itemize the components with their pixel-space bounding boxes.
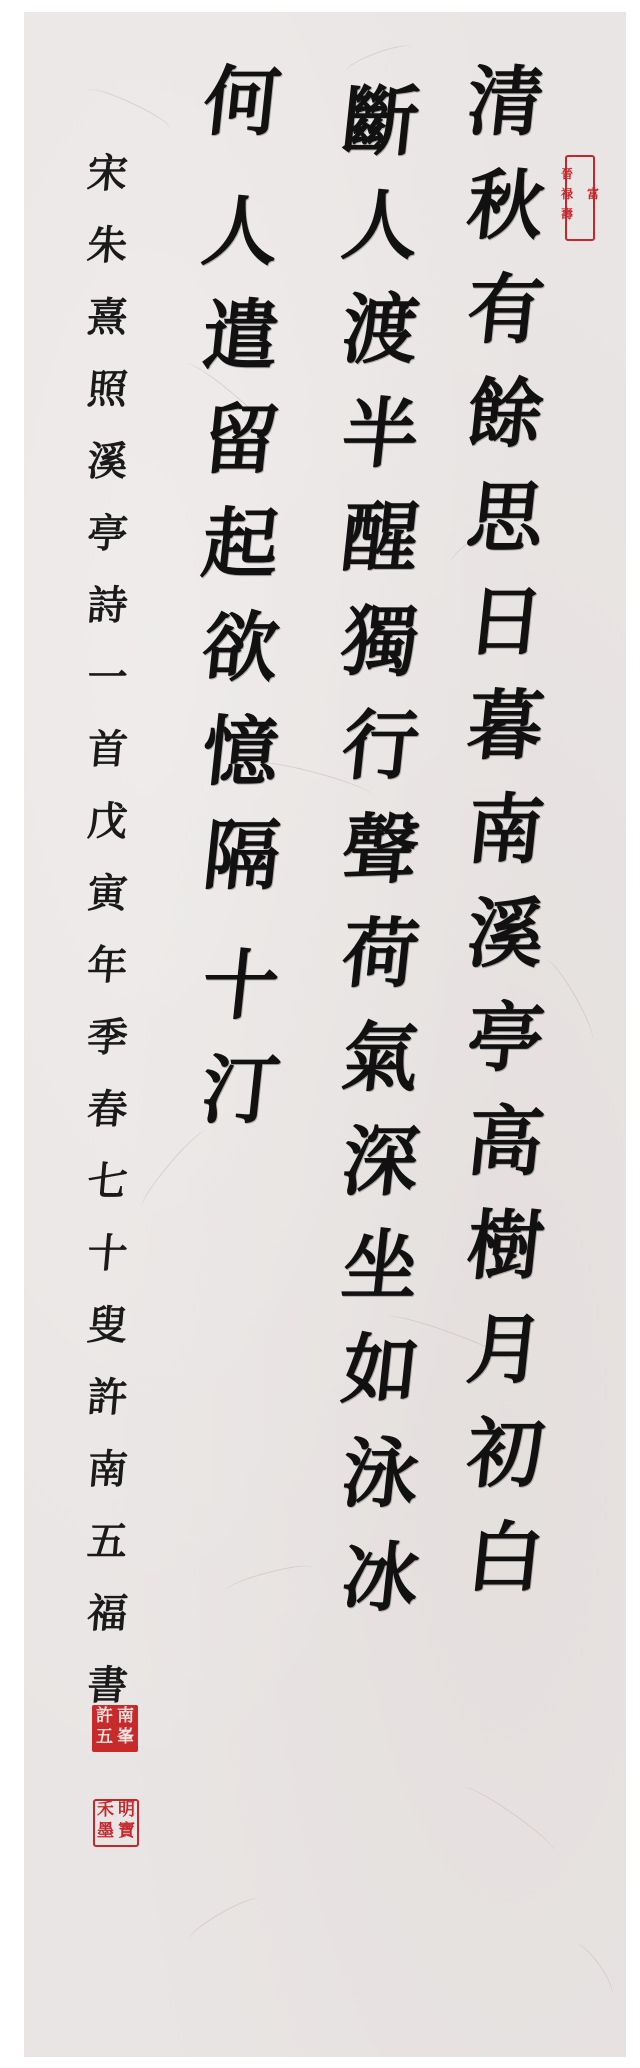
- glyph: 聲: [336, 812, 423, 916]
- glyph: 暮: [461, 688, 548, 792]
- inscription-glyph: 朱: [83, 226, 129, 298]
- glyph: 欲: [196, 610, 283, 714]
- paper-fiber: [571, 1941, 618, 1999]
- glyph: 清: [461, 64, 548, 168]
- seal-char: 禾: [95, 1802, 116, 1823]
- glyph: 半: [336, 396, 423, 500]
- name-seal: 許 五 南 峯: [92, 1705, 138, 1752]
- inscription-glyph: 許: [83, 1378, 129, 1450]
- glyph: 亭: [461, 1000, 548, 1104]
- seal-char: 明: [116, 1802, 137, 1823]
- glyph: 月: [461, 1312, 548, 1416]
- inscription-column: 宋 朱 熹 照 溪 亭 詩 一 首 戊 寅 年 季 春 七 十 叟 許 南 五 …: [76, 154, 136, 1738]
- text-column-1: 清 秋 有 餘 思 日 暮 南 溪 亭 高 樹 月 初 白: [454, 64, 554, 1624]
- glyph: 遣: [196, 298, 283, 402]
- inscription-glyph: 季: [83, 1018, 129, 1090]
- glyph: 思: [461, 480, 548, 584]
- inscription-glyph: 宋: [83, 154, 129, 226]
- glyph: 起: [196, 506, 283, 610]
- glyph: 如: [336, 1332, 423, 1436]
- glyph: 深: [336, 1124, 423, 1228]
- glyph: 南: [461, 792, 548, 896]
- seal-char: 許: [94, 1708, 115, 1729]
- glyph: 白: [461, 1520, 548, 1624]
- paper-fiber: [460, 1782, 559, 1857]
- glyph: 坐: [336, 1228, 423, 1332]
- glyph: 泳: [336, 1436, 423, 1540]
- inscription-glyph: 熹: [83, 298, 129, 370]
- inscription-glyph: 寅: [83, 874, 129, 946]
- seal-char: 寶: [116, 1823, 137, 1844]
- glyph: 憶: [196, 714, 283, 818]
- glyph: 冰: [336, 1540, 423, 1644]
- paper-fiber: [224, 1561, 315, 1599]
- glyph: 獨: [336, 604, 423, 708]
- glyph: 人: [196, 194, 283, 298]
- text-column-2: 斷 人 渡 半 醒 獨 行 聲 荷 氣 深 坐 如 泳 冰: [329, 84, 429, 1644]
- glyph: 隔: [194, 818, 284, 948]
- text-column-3: 何 人 遣 留 起 欲 憶 隔 十 汀: [189, 64, 289, 1156]
- glyph: 樹: [461, 1208, 548, 1312]
- glyph: 有: [461, 272, 548, 376]
- glyph: 汀: [196, 1052, 283, 1156]
- inscription-glyph: 詩: [83, 586, 129, 658]
- glyph: 斷: [336, 84, 423, 188]
- glyph: 醒: [336, 500, 423, 604]
- leisure-seal: 晉 禄 壽 富: [565, 155, 595, 241]
- glyph: 高: [461, 1104, 548, 1208]
- glyph: 餘: [461, 376, 548, 480]
- inscription-glyph: 五: [83, 1522, 129, 1594]
- inscription-glyph: 年: [83, 946, 129, 1018]
- style-name-seal: 禾 墨 明 寶: [93, 1799, 139, 1847]
- inscription-glyph: 亭: [83, 514, 129, 586]
- seal-char: 五: [94, 1729, 115, 1750]
- inscription-glyph: 叟: [83, 1306, 129, 1378]
- glyph: 荷: [336, 916, 423, 1020]
- glyph: 渡: [336, 292, 423, 396]
- seal-char: 墨: [95, 1823, 116, 1844]
- seal-char: 壽: [554, 208, 580, 228]
- seal-char: 峯: [115, 1729, 136, 1750]
- inscription-glyph: 溪: [83, 442, 129, 514]
- scroll-paper: 清 秋 有 餘 思 日 暮 南 溪 亭 高 樹 月 初 白 斷 人 渡 半 醒 …: [24, 12, 626, 2057]
- inscription-glyph: 南: [83, 1450, 129, 1522]
- paper-fiber: [344, 40, 415, 78]
- seal-char: 禄: [554, 188, 580, 208]
- inscription-glyph: 七: [83, 1162, 129, 1234]
- inscription-glyph: 戊: [83, 802, 129, 874]
- glyph: 人: [336, 188, 423, 292]
- paper-fiber: [85, 84, 173, 136]
- inscription-glyph: 照: [83, 370, 129, 442]
- inscription-glyph: 首: [83, 730, 129, 802]
- inscription-glyph: 十: [83, 1234, 129, 1306]
- seal-char: 富: [580, 188, 606, 208]
- glyph: 十: [196, 948, 283, 1052]
- inscription-glyph: 福: [83, 1594, 129, 1666]
- glyph: 溪: [461, 896, 548, 1000]
- paper-fiber: [186, 1893, 263, 1946]
- glyph: 氣: [336, 1020, 423, 1124]
- seal-char: 晉: [554, 168, 580, 188]
- inscription-glyph: 一: [83, 658, 129, 730]
- glyph: 何: [194, 64, 284, 194]
- glyph: 行: [336, 708, 423, 812]
- inscription-glyph: 春: [83, 1090, 129, 1162]
- glyph: 留: [196, 402, 283, 506]
- glyph: 秋: [461, 168, 548, 272]
- seal-char: 南: [115, 1708, 136, 1729]
- glyph: 初: [461, 1416, 548, 1520]
- glyph: 日: [461, 584, 548, 688]
